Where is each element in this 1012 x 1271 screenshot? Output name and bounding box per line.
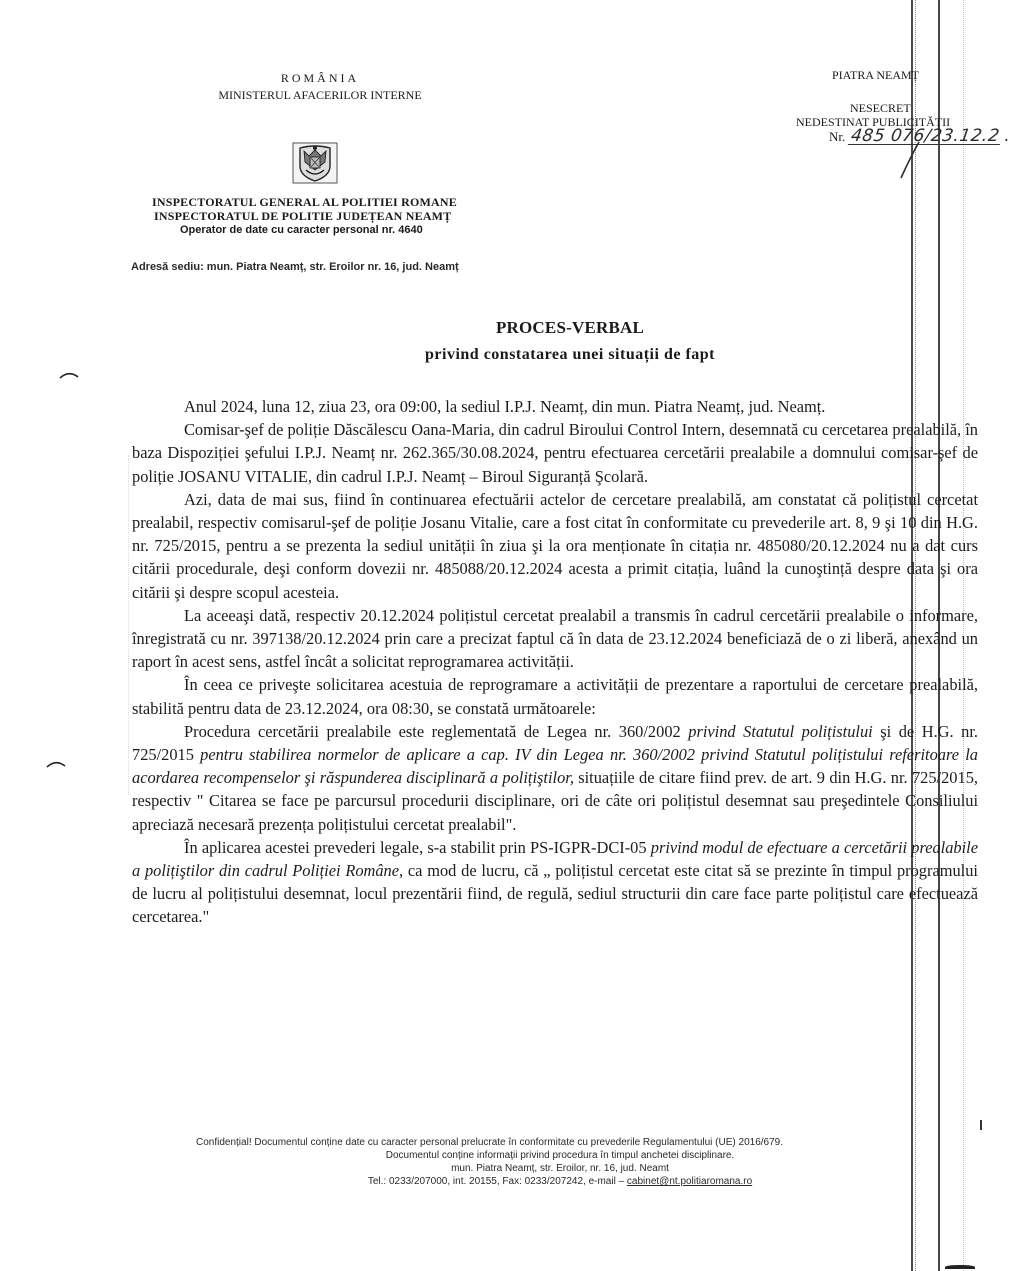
footer-email-link[interactable]: cabinet@nt.politiaromana.ro — [627, 1176, 752, 1187]
handwritten-suffix: . — [1004, 126, 1009, 146]
handwritten-stroke-icon — [895, 140, 925, 180]
document-body: Anul 2024, luna 12, ziua 23, ora 09:00, … — [132, 395, 978, 929]
registration-number-label: Nr. — [829, 129, 845, 144]
header-institution-1: INSPECTORATUL GENERAL AL POLITIEI ROMANE — [152, 195, 457, 209]
scan-mark — [980, 1120, 982, 1130]
paragraph-reschedule-request: În ceea ce priveşte solicitarea acestuia… — [132, 673, 978, 719]
document-subtitle: privind constatarea unei situații de fap… — [380, 344, 760, 366]
header-institution-2: INSPECTORATUL DE POLITIE JUDEȚEAN NEAMȚ — [152, 209, 457, 223]
footer-address: mun. Piatra Neamț, str. Eroilor, nr. 16,… — [190, 1162, 930, 1175]
law-title: privind Statutul polițistului — [688, 722, 872, 741]
margin-mark-icon — [45, 759, 67, 769]
paragraph-procedure: În aplicarea acestei prevederi legale, s… — [132, 836, 978, 929]
paragraph-date-place: Anul 2024, luna 12, ziua 23, ora 09:00, … — [132, 395, 978, 418]
text-run: Procedura cercetării prealabile este reg… — [184, 722, 688, 741]
paragraph-information: La aceeaşi dată, respectiv 20.12.2024 po… — [132, 604, 978, 674]
text-run: În aplicarea acestei prevederi legale, s… — [184, 838, 651, 857]
scan-line-artifact — [128, 455, 129, 795]
header-institution-block: INSPECTORATUL GENERAL AL POLITIEI ROMANE… — [152, 195, 457, 237]
scan-mark — [945, 1265, 975, 1269]
footer-confidentiality: Confidențial! Documentul conține date cu… — [190, 1136, 930, 1149]
paragraph-investigator: Comisar-şef de poliție Dăscălescu Oana-M… — [132, 418, 978, 488]
document-title: PROCES-VERBAL — [380, 317, 760, 339]
footer-phone-fax: Tel.: 0233/207000, int. 20155, Fax: 0233… — [368, 1176, 627, 1187]
handwritten-registration-number: 485 076/23.12.2 — [848, 128, 1003, 145]
header-country: ROMÂNIA — [130, 71, 510, 85]
header-address: Adresă sediu: mun. Piatra Neamț, str. Er… — [131, 260, 459, 274]
paragraph-legal-framework: Procedura cercetării prealabile este reg… — [132, 720, 978, 836]
footer-info: Documentul conține informații privind pr… — [190, 1149, 930, 1162]
document-footer: Confidențial! Documentul conține date cu… — [190, 1136, 930, 1188]
header-ministry: MINISTERUL AFACERILOR INTERNE — [130, 88, 510, 102]
classification-label: NESECRET — [850, 101, 911, 115]
footer-contact: Tel.: 0233/207000, int. 20155, Fax: 0233… — [190, 1175, 930, 1188]
document-page: ROMÂNIA MINISTERUL AFACERILOR INTERNE IN… — [0, 0, 1012, 1271]
header-operator: Operator de date cu caracter personal nr… — [152, 223, 457, 237]
romanian-coat-of-arms-icon — [292, 142, 338, 184]
paragraph-finding: Azi, data de mai sus, fiind în continuar… — [132, 488, 978, 604]
margin-mark-icon — [58, 370, 80, 380]
header-city: PIATRA NEAMȚ — [832, 68, 919, 82]
